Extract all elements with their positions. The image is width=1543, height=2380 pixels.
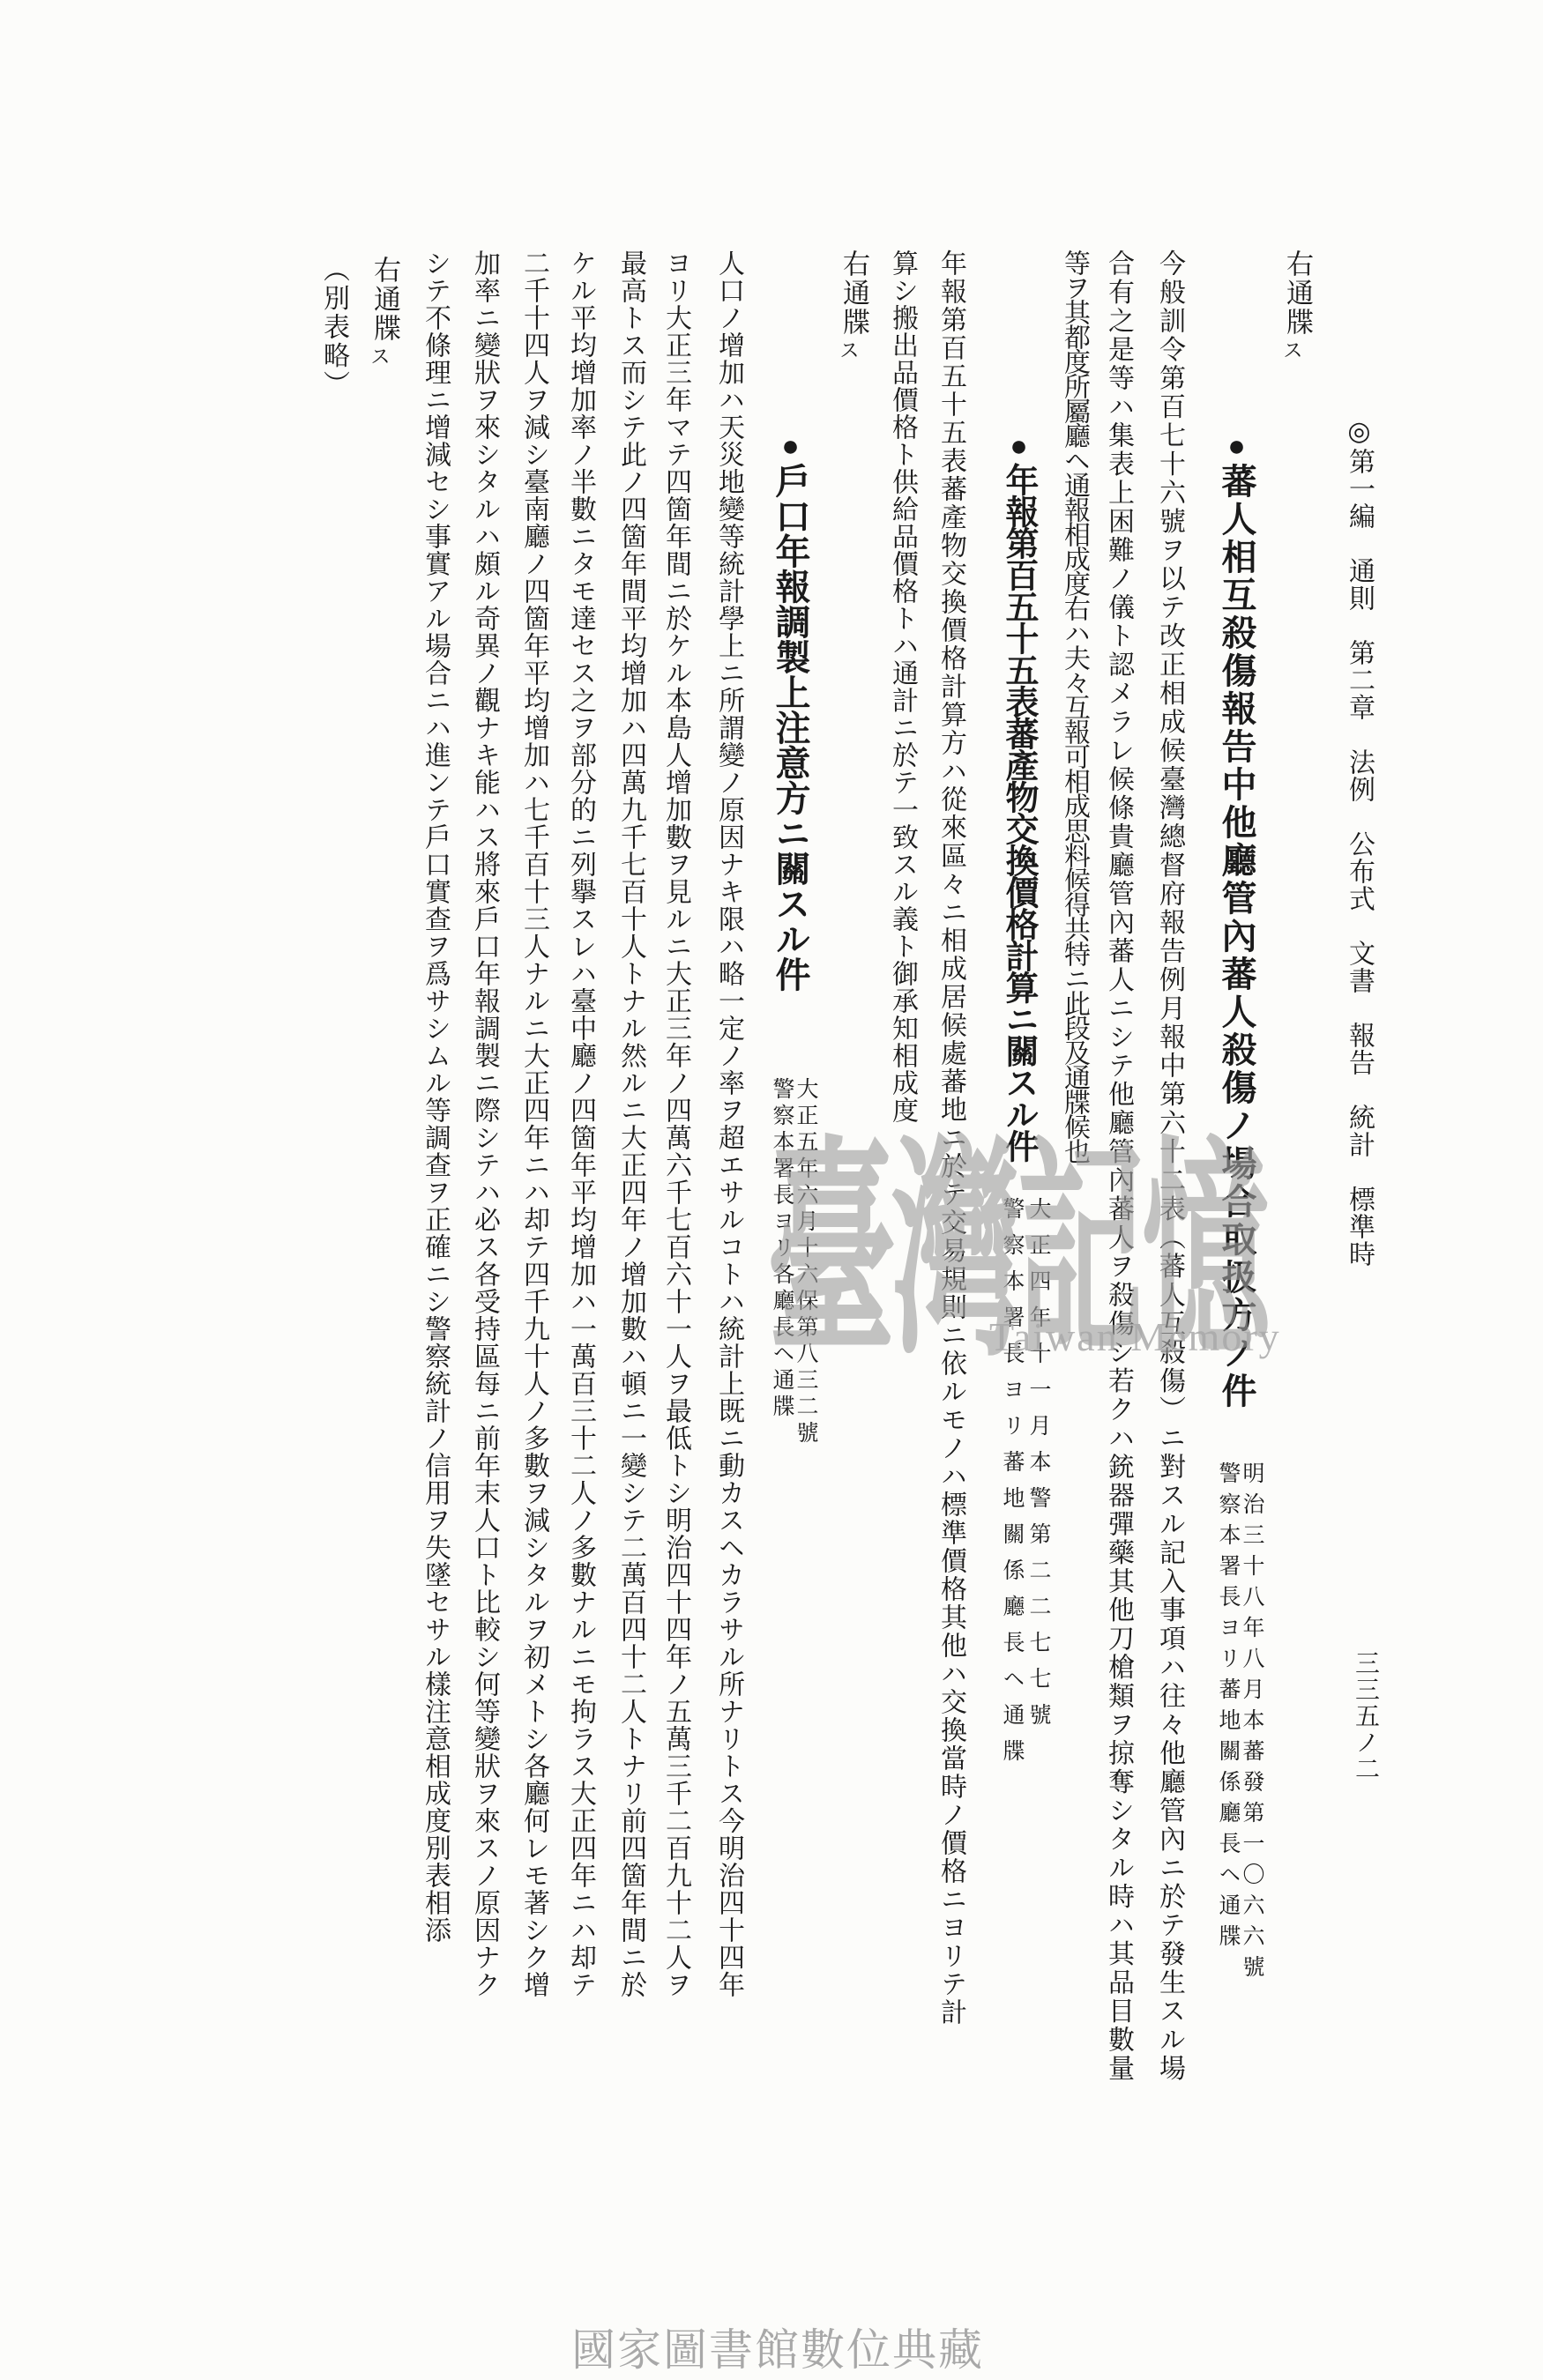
previous-notice-closing: 右通牒ス — [1284, 249, 1311, 359]
article-1-citation-number: 明治三十八年八月本蕃發第一〇六六號 — [1239, 1461, 1263, 1986]
article-2-marker: ● — [1003, 430, 1035, 463]
article-2-closing: 右通牒ス — [840, 249, 868, 359]
article-3-body-column-7: シテ不條理ニ增減セシ事實アル場合ニハ進ンテ戶口實查ヲ爲サシムル等調查ヲ正確ニシ警… — [421, 249, 448, 1944]
article-2-title: 年報第百五十五表蕃產物交換價格計算ニ關スル件 — [1000, 463, 1037, 1161]
article-1-marker: ● — [1220, 430, 1253, 463]
article-2-body-column-2: 算シ搬出品價格ト供給品價格トハ通計ニ於テ一致スル義ト御承知相成度 — [889, 249, 915, 1124]
closing-text: 右通牒 — [839, 249, 869, 337]
article-3-title: 戶口年報調製上注意方ニ關スル件 — [771, 463, 810, 992]
article-1-body-column-3: 等ヲ其都度所屬廳ヘ通報相成度右ハ夫々互報可相成思料候得共特ニ此段及通牒候也 — [1061, 249, 1087, 1163]
article-3-citation-issuer: 警察本署長ヨリ各廳長ヘ通牒 — [769, 1077, 793, 1447]
article-1-citation: 明治三十八年八月本蕃發第一〇六六號 警察本署長ヨリ蕃地關係廳長ヘ通牒 — [1215, 1461, 1263, 1986]
article-2-citation-number: 大正四年十一月本警第二二七七號 — [1023, 1197, 1049, 1775]
running-head: ◎第一編 通則 第二章 法例 公布式 文書 報告 統計 標準時 — [1345, 416, 1372, 1268]
closing-text: 右通牒 — [369, 256, 400, 343]
article-1-body-column-2: 合有之是等ハ集表上困難ノ儀ト認メラレ候條貴廳管內蕃人ニシテ他廳管內蕃人ヲ殺傷シ若… — [1105, 249, 1131, 2083]
article-1-title-column: ●蕃人相互殺傷報告中他廳管內蕃人殺傷ノ場合取扱方ノ件 — [1219, 430, 1254, 1410]
closing-text: 右通牒 — [1282, 249, 1313, 337]
article-2-body-column-1: 年報第百五十五表蕃產物交換價格計算方ハ從來區々ニ相成居候處蕃地ニ於テ交易規則ニ依… — [937, 249, 964, 2027]
article-3-marker: ● — [774, 430, 807, 463]
archive-caption: 國家圖書館數位典藏 — [571, 2315, 984, 2378]
article-2-citation: 大正四年十一月本警第二二七七號 警察本署長ヨリ蕃地關係廳長ヘ通牒 — [996, 1197, 1049, 1775]
article-3-body-column-6: 加率ニ變狀ヲ來シタルハ頗ル奇異ノ觀ナキ能ハス將來戶口年報調製ニ際シテハ必ス各受持… — [471, 249, 497, 1998]
article-3-title-column: ●戶口年報調製上注意方ニ關スル件 — [772, 430, 808, 992]
article-3-body-column-3: 最高トス而シテ此ノ四箇年間平均增加ハ四萬九千七百十人トナル然ルニ大正四年ノ增加數… — [617, 249, 644, 1998]
closing-suffix: ス — [837, 339, 859, 361]
article-1-body-column-1: 今般訓令第百七十六號ヲ以テ改正相成候臺灣總督府報告例月報中第六十二表（蕃人互殺傷… — [1156, 249, 1182, 2083]
article-2-citation-issuer: 警察本署長ヨリ蕃地關係廳長ヘ通牒 — [996, 1197, 1023, 1775]
appendix-omitted-note: （別表略） — [320, 256, 347, 399]
article-1-title: 蕃人相互殺傷報告中他廳管內蕃人殺傷ノ場合取扱方ノ件 — [1217, 463, 1256, 1410]
article-3-body-column-1: 人口ノ增加ハ天災地變等統計學上ニ所謂變ノ原因ナキ限ハ略一定ノ率ヲ超エサルコトハ統… — [715, 249, 742, 1998]
article-3-citation: 大正五年六月十六保第八三二號 警察本署長ヨリ各廳長ヘ通牒 — [769, 1077, 816, 1447]
document-page: ◎第一編 通則 第二章 法例 公布式 文書 報告 統計 標準時 三三五ノ二 右通… — [0, 0, 1543, 2380]
article-3-citation-number: 大正五年六月十六保第八三二號 — [793, 1077, 816, 1447]
article-1-citation-issuer: 警察本署長ヨリ蕃地關係廳長ヘ通牒 — [1215, 1461, 1239, 1986]
closing-suffix: ス — [1280, 339, 1302, 361]
page-number: 三三五ノ二 — [1353, 1650, 1377, 1782]
article-3-body-column-2: ヨリ大正三年マテ四箇年間ニ於ケル本島人增加數ヲ見ルニ大正三年ノ四萬六千七百六十一… — [662, 249, 689, 1998]
article-3-body-column-4: ケル平均增加率ノ半數ニタモ達セス之ヲ部分的ニ列擧スレハ臺中廳ノ四箇年平均增加ハ一… — [567, 249, 593, 1998]
article-3-closing: 右通牒ス — [371, 256, 399, 365]
article-3-body-column-5: 二千十四人ヲ減シ臺南廳ノ四箇年平均增加ハ七千百十三人ナルニ大正四年ニハ却テ四千九… — [520, 249, 547, 1998]
article-2-title-column: ●年報第百五十五表蕃產物交換價格計算ニ關スル件 — [1002, 430, 1035, 1161]
closing-suffix: ス — [368, 346, 390, 368]
